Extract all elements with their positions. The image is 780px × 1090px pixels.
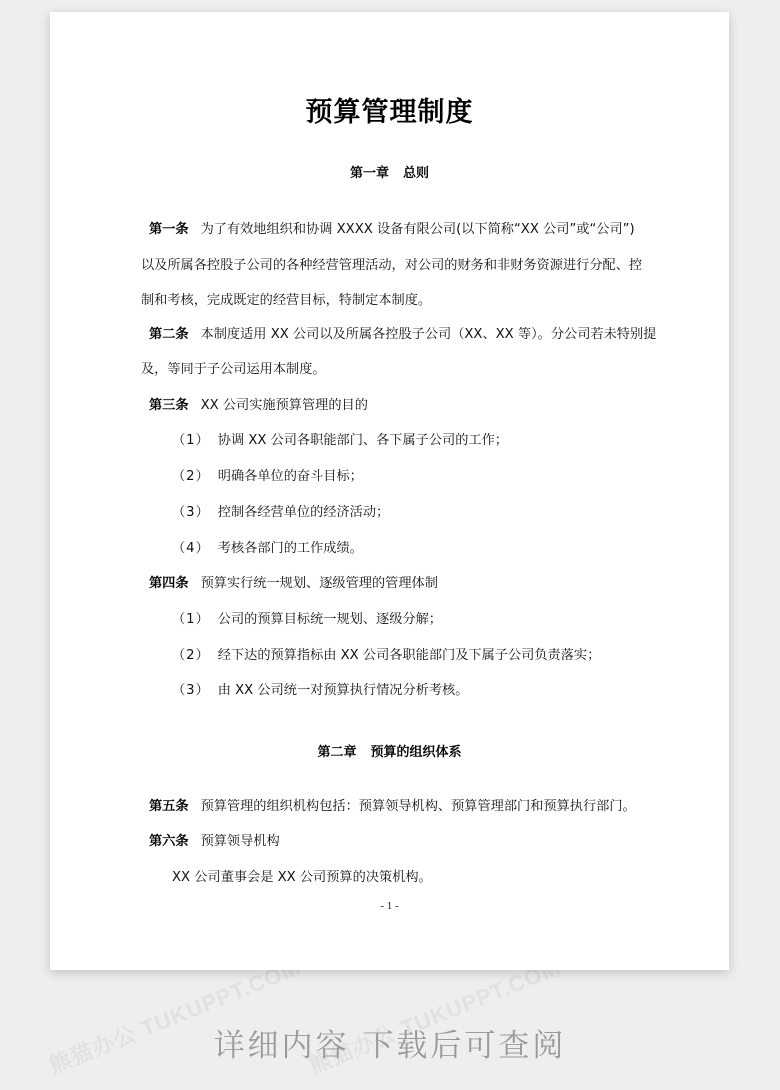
article-text: 为了有效地组织和协调 XXXX 设备有限公司(以下简称“XX 公司”或“公司”) bbox=[201, 222, 635, 237]
list-item: （2）明确各单位的奋斗目标； bbox=[172, 467, 363, 487]
list-item: （3）由 XX 公司统一对预算执行情况分析考核。 bbox=[172, 681, 468, 701]
list-item: （2）经下达的预算指标由 XX 公司各职能部门及下属子公司负责落实； bbox=[172, 646, 600, 666]
article-label: 第三条 bbox=[149, 398, 189, 413]
article-label: 第一条 bbox=[149, 222, 189, 237]
item-text: 明确各单位的奋斗目标； bbox=[218, 469, 363, 484]
document-title: 预算管理制度 bbox=[50, 90, 729, 129]
article-text: 预算领导机构 bbox=[201, 834, 280, 849]
item-text: 经下达的预算指标由 XX 公司各职能部门及下属子公司负责落实； bbox=[218, 648, 601, 663]
article-text: 预算实行统一规划、逐级管理的管理体制 bbox=[201, 576, 438, 591]
chapter-number: 第二章 bbox=[317, 745, 356, 760]
chapter-number: 第一章 bbox=[350, 166, 389, 181]
article-6: 第六条预算领导机构 bbox=[149, 832, 280, 852]
item-text: 考核各部门的工作成绩。 bbox=[218, 541, 363, 556]
list-item: （4）考核各部门的工作成绩。 bbox=[172, 539, 363, 559]
article-label: 第六条 bbox=[149, 834, 189, 849]
item-number: （3） bbox=[172, 505, 210, 520]
article-6-sub: XX 公司董事会是 XX 公司预算的决策机构。 bbox=[172, 868, 432, 888]
article-4: 第四条预算实行统一规划、逐级管理的管理体制 bbox=[149, 574, 438, 594]
page-number: - 1 - bbox=[50, 900, 729, 912]
chapter-heading-1: 第一章总则 bbox=[50, 162, 729, 181]
article-text: XX 公司实施预算管理的目的 bbox=[201, 398, 368, 413]
article-text: 预算管理的组织机构包括：预算领导机构、预算管理部门和预算执行部门。 bbox=[201, 799, 636, 814]
item-text: 由 XX 公司统一对预算执行情况分析考核。 bbox=[218, 683, 469, 698]
item-number: （2） bbox=[172, 469, 210, 484]
item-number: （2） bbox=[172, 648, 210, 663]
chapter-name: 总则 bbox=[403, 166, 429, 181]
article-label: 第二条 bbox=[149, 327, 189, 342]
article-2-line-2: 及，等同于子公司运用本制度。 bbox=[141, 360, 326, 380]
article-5: 第五条预算管理的组织机构包括：预算领导机构、预算管理部门和预算执行部门。 bbox=[149, 797, 636, 817]
article-label: 第五条 bbox=[149, 799, 189, 814]
item-text: 控制各经营单位的经济活动； bbox=[218, 505, 389, 520]
list-item: （1）公司的预算目标统一规划、逐级分解； bbox=[172, 610, 442, 630]
download-prompt: 详细内容 下载后可查阅 bbox=[0, 1020, 780, 1065]
article-1-line-1: 第一条为了有效地组织和协调 XXXX 设备有限公司(以下简称“XX 公司”或“公… bbox=[149, 220, 635, 240]
article-label: 第四条 bbox=[149, 576, 189, 591]
article-1-line-3: 制和考核，完成既定的经营目标，特制定本制度。 bbox=[141, 291, 431, 311]
list-item: （1）协调 XX 公司各职能部门、各下属子公司的工作； bbox=[172, 431, 508, 451]
article-2-line-1: 第二条本制度适用 XX 公司以及所属各控股子公司（XX、XX 等）。分公司若未特… bbox=[149, 325, 656, 345]
list-item: （3）控制各经营单位的经济活动； bbox=[172, 503, 389, 523]
item-number: （1） bbox=[172, 433, 210, 448]
item-number: （1） bbox=[172, 612, 210, 627]
document-page: 预算管理制度 第一章总则 第一条为了有效地组织和协调 XXXX 设备有限公司(以… bbox=[50, 12, 729, 970]
article-text: 本制度适用 XX 公司以及所属各控股子公司（XX、XX 等）。分公司若未特别提 bbox=[201, 327, 657, 342]
chapter-heading-2: 第二章预算的组织体系 bbox=[50, 741, 729, 760]
item-number: （4） bbox=[172, 541, 210, 556]
item-text: 协调 XX 公司各职能部门、各下属子公司的工作； bbox=[218, 433, 508, 448]
item-text: 公司的预算目标统一规划、逐级分解； bbox=[218, 612, 442, 627]
item-number: （3） bbox=[172, 683, 210, 698]
article-3: 第三条XX 公司实施预算管理的目的 bbox=[149, 396, 368, 416]
article-1-line-2: 以及所属各控股子公司的各种经营管理活动，对公司的财务和非财务资源进行分配、控 bbox=[141, 256, 642, 276]
chapter-name: 预算的组织体系 bbox=[371, 745, 462, 760]
